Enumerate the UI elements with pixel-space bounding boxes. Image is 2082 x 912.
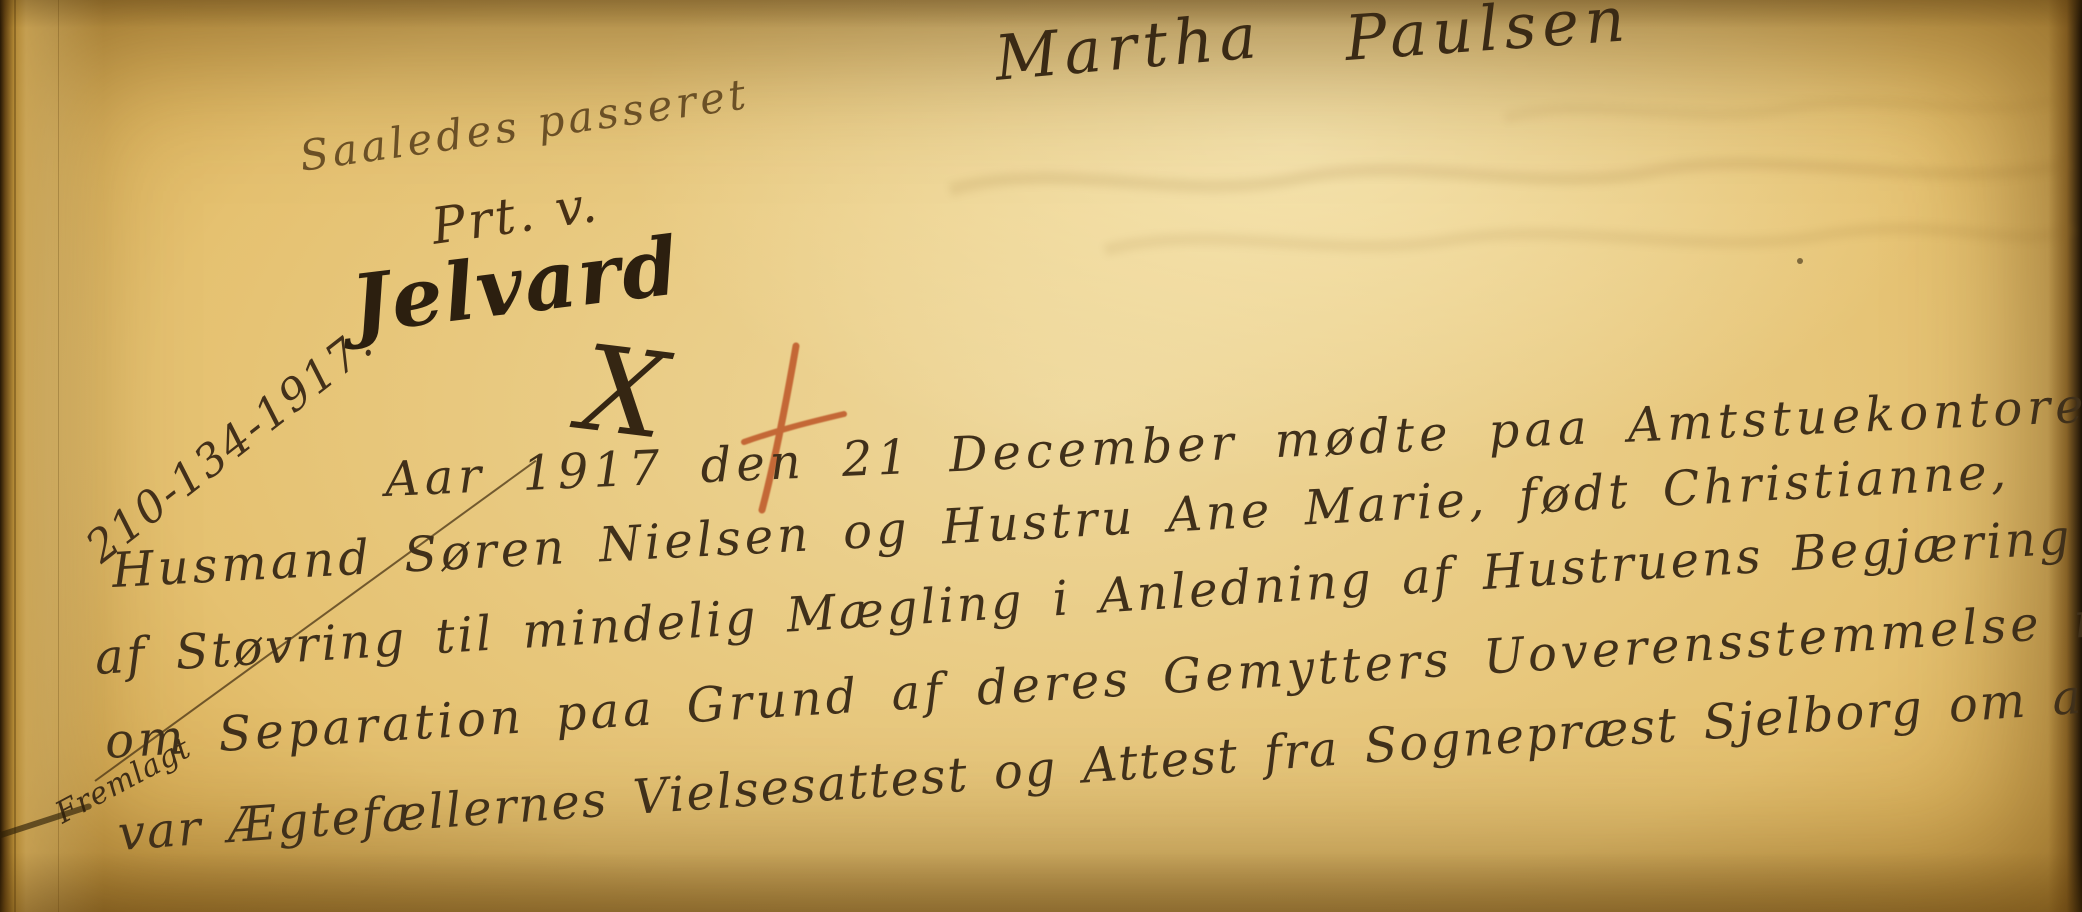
page-right-edge (2048, 0, 2082, 912)
page-heading-last-name: Paulsen (1342, 0, 1633, 75)
bleedthrough-ghost (1100, 214, 2080, 266)
book-binding-edge (0, 0, 104, 912)
bleedthrough-ghost (940, 148, 2080, 212)
scanned-handwritten-record: Martha Paulsen Saaledes passeret Prt. v.… (0, 0, 2082, 912)
ink-speck (1797, 258, 1803, 264)
bleedthrough-ghost (1500, 88, 2060, 132)
approval-note: Saaledes passeret (297, 69, 753, 181)
page-bottom-shadow (0, 852, 2082, 912)
